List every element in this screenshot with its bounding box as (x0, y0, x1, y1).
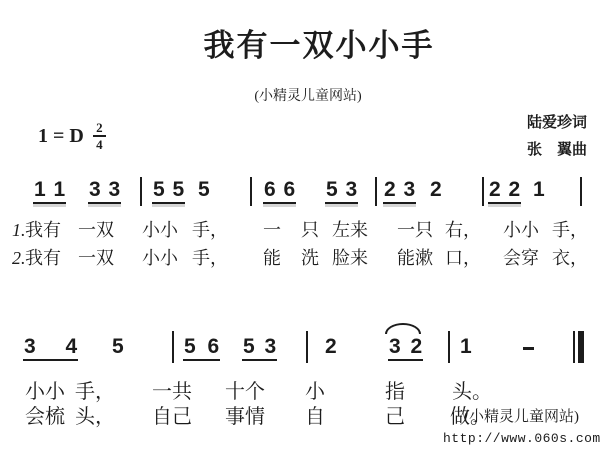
note-group: 3 4 (23, 336, 78, 361)
note: 2 (430, 179, 442, 201)
lyric-syllable: 手， (192, 220, 228, 240)
lyric-syllable: 右， (445, 220, 481, 240)
lyric-syllable: 自 (152, 406, 172, 428)
lyric-syllable: 衣， (552, 248, 588, 268)
barline (306, 331, 308, 363)
lyric-syllable: 自 (305, 406, 325, 428)
note: 1 (533, 179, 545, 201)
key-signature: 1 = D 2 4 (38, 121, 106, 151)
lyric-syllable: 小 (25, 381, 45, 403)
lyric-syllable: 能漱 (397, 248, 433, 268)
site-note: (小精灵儿童网站) (254, 85, 361, 105)
note-group: 5 3 (325, 179, 358, 204)
lyric-syllable: 手， (75, 381, 115, 403)
lyric-syllable: 小小 (142, 248, 178, 268)
note-group: 5 6 (183, 336, 220, 361)
note-group: 3 3 (88, 179, 121, 204)
lyric-syllable: 头。 (452, 381, 492, 403)
note: 5 (198, 179, 210, 201)
note-group: 2 3 (383, 179, 416, 204)
lyric-syllable: 事 (225, 406, 245, 428)
note-group: 6 6 (263, 179, 296, 204)
lyric-syllable: 一双 (78, 220, 114, 240)
lyric-syllable: 脸来 (332, 248, 368, 268)
lyricist-credit: 陆爱珍词 (527, 111, 587, 132)
lyric-syllable: 头， (75, 406, 115, 428)
watermark-url: http://www.060s.com (443, 431, 601, 446)
lyric-syllable: 共 (172, 381, 192, 403)
lyric-syllable: 口， (445, 248, 481, 268)
barline (250, 177, 252, 206)
page-title: 我有一双小小手 (204, 20, 435, 65)
lyric-syllable: 小小 (142, 220, 178, 240)
lyric-syllable: 手， (192, 248, 228, 268)
lyric-syllable: 能洗 (263, 248, 339, 268)
final-barline-thick (578, 331, 584, 363)
lyric-syllable: 我有 (25, 220, 61, 240)
lyric-syllable: 会穿 (503, 248, 539, 268)
lyric-syllable: 左来 (332, 220, 368, 240)
lyric-syllable: 己 (172, 406, 192, 428)
note: 2 (325, 336, 337, 358)
lyric-syllable: 指 (385, 381, 405, 403)
lyric-syllable: 梳 (45, 406, 65, 428)
lyric-syllable: 一 (152, 381, 172, 403)
key-signature-text: 1 = D (38, 125, 84, 148)
meter-numerator: 2 (96, 121, 103, 134)
final-barline-thin (573, 331, 575, 363)
lyric-syllable: 会 (25, 406, 45, 428)
barline (375, 177, 377, 206)
note-group: 1 1 (33, 179, 66, 204)
barline (140, 177, 142, 206)
lyric-syllable: 个 (245, 381, 265, 403)
time-signature: 2 4 (93, 121, 106, 151)
watermark-site: (小精灵儿童网站) (464, 405, 579, 426)
lyric-syllable: 一只 (263, 220, 339, 240)
lyric-syllable: 情 (245, 406, 265, 428)
lyric-syllable: 十 (225, 381, 245, 403)
half-note-dash (523, 347, 534, 350)
verse-number: 2. (12, 248, 26, 269)
barline (580, 177, 582, 206)
barline (448, 331, 450, 363)
note-group: 3 2 (388, 336, 423, 361)
lyric-syllable: 手， (552, 220, 588, 240)
lyric-syllable: 我有 (25, 248, 61, 268)
note-group: 5 3 (242, 336, 277, 361)
barline (172, 331, 174, 363)
lyric-syllable: 己 (385, 406, 405, 428)
note: 5 (112, 336, 124, 358)
composer-credit: 张 翼曲 (527, 138, 587, 159)
sheet-music-page: 我有一双小小手 (小精灵儿童网站) 1 = D 2 4 陆爱珍词 张 翼曲 1 … (0, 0, 610, 469)
lyric-syllable: 一双 (78, 248, 114, 268)
verse-number: 1. (12, 220, 26, 241)
slur-arc (385, 323, 421, 334)
lyric-syllable: 一只 (397, 220, 433, 240)
lyric-syllable: 小 (305, 381, 325, 403)
note-group: 2 2 (488, 179, 521, 204)
lyric-syllable: 小小 (503, 220, 539, 240)
note: 1 (460, 336, 472, 358)
note-group: 5 5 (152, 179, 185, 204)
lyric-syllable: 小 (45, 381, 65, 403)
meter-denominator: 4 (96, 138, 103, 151)
barline (482, 177, 484, 206)
